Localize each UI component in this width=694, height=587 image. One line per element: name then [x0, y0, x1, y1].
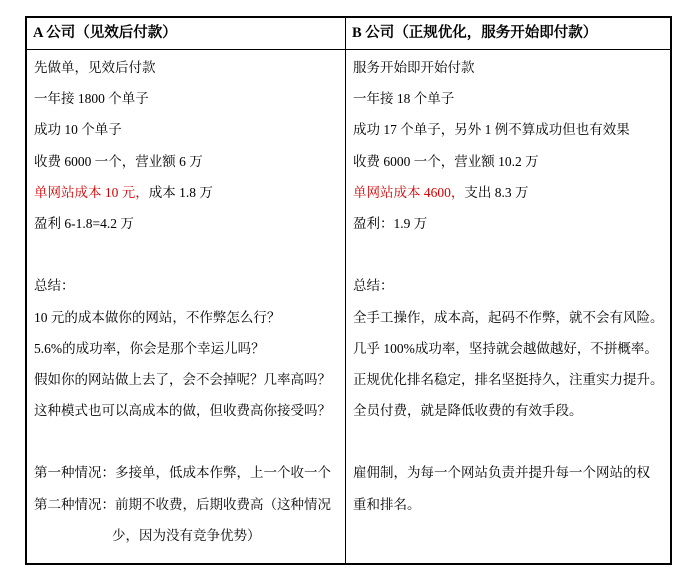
text-line: 正规优化排名稳定，排名坚挺持久，注重实力提升。 — [353, 364, 664, 395]
text-line: 总结： — [353, 270, 664, 301]
text-line: 10 元的成本做你的网站，不作弊怎么行？ — [34, 302, 339, 333]
text-line: 服务开始即开始付款 — [353, 52, 664, 83]
text-line: 一年接 1800 个单子 — [34, 83, 339, 114]
blank-line — [34, 239, 339, 270]
cell-company-a: 先做单，见效后付款一年接 1800 个单子成功 10 个单子收费 6000 一个… — [27, 50, 346, 563]
text-line: 单网站成本 4600，支出 8.3 万 — [353, 177, 664, 208]
text-span: 支出 8.3 万 — [464, 185, 528, 200]
text-line: 重和排名。 — [353, 489, 664, 520]
text-line: 第二种情况：前期不收费，后期收费高（这种情况 — [34, 489, 339, 520]
text-line: 盈利：1.9 万 — [353, 208, 664, 239]
blank-line — [353, 239, 664, 270]
text-line: 第一种情况：多接单，低成本作弊，上一个收一个 — [34, 457, 339, 488]
text-line: 盈利 6-1.8=4.2 万 — [34, 208, 339, 239]
highlighted-cost-text: 单网站成本 4600， — [353, 185, 464, 200]
header-company-a: A 公司（见效后付款） — [27, 18, 346, 49]
text-line: 单网站成本 10 元，成本 1.8 万 — [34, 177, 339, 208]
text-line: 先做单，见效后付款 — [34, 52, 339, 83]
text-span: 成本 1.8 万 — [149, 185, 213, 200]
text-line: 成功 17 个单子，另外 1 例不算成功但也有效果 — [353, 114, 664, 145]
table-body-row: 先做单，见效后付款一年接 1800 个单子成功 10 个单子收费 6000 一个… — [27, 50, 670, 563]
cell-company-b: 服务开始即开始付款一年接 18 个单子成功 17 个单子，另外 1 例不算成功但… — [346, 50, 670, 563]
text-line: 5.6%的成功率，你会是那个幸运儿吗？ — [34, 333, 339, 364]
comparison-table: A 公司（见效后付款） B 公司（正规优化，服务开始即付款） 先做单，见效后付款… — [25, 16, 672, 565]
blank-line — [353, 426, 664, 457]
text-line: 收费 6000 一个，营业额 10.2 万 — [353, 146, 664, 177]
blank-line — [34, 426, 339, 457]
text-line: 成功 10 个单子 — [34, 114, 339, 145]
header-company-b: B 公司（正规优化，服务开始即付款） — [346, 18, 670, 49]
text-line: 假如你的网站做上去了，会不会掉呢？几率高吗？ — [34, 364, 339, 395]
table-header-row: A 公司（见效后付款） B 公司（正规优化，服务开始即付款） — [27, 18, 670, 50]
text-line: 雇佣制，为每一个网站负责并提升每一个网站的权 — [353, 457, 664, 488]
text-line: 一年接 18 个单子 — [353, 83, 664, 114]
text-line: 这种模式也可以高成本的做，但收费高你接受吗？ — [34, 395, 339, 426]
text-line: 收费 6000 一个，营业额 6 万 — [34, 146, 339, 177]
text-line: 少，因为没有竞争优势） — [34, 520, 339, 551]
text-line: 全员付费，就是降低收费的有效手段。 — [353, 395, 664, 426]
text-line: 几乎 100%成功率，坚持就会越做越好，不拼概率。 — [353, 333, 664, 364]
highlighted-cost-text: 单网站成本 10 元， — [34, 185, 149, 200]
text-line: 全手工操作，成本高，起码不作弊，就不会有风险。 — [353, 302, 664, 333]
text-line: 总结： — [34, 270, 339, 301]
